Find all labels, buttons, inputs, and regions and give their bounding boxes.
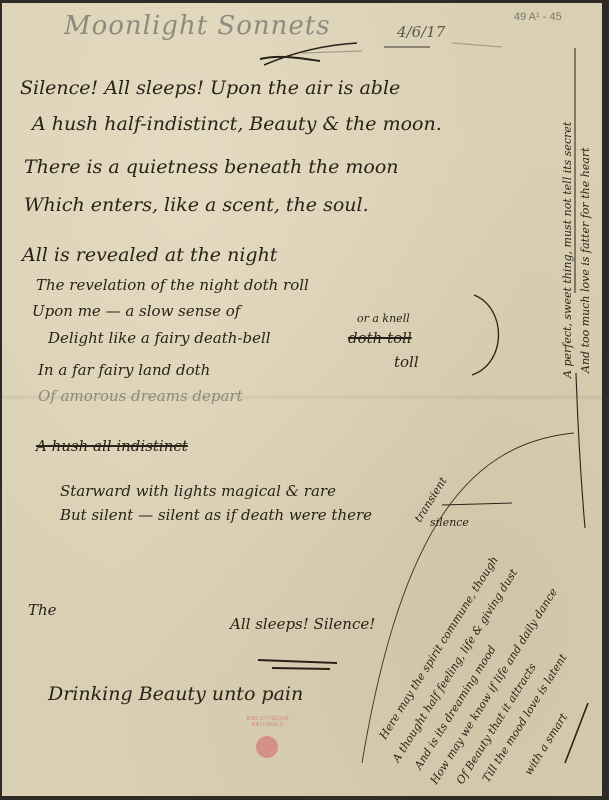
pen-strokes: [2, 3, 602, 796]
stamp-text: BIBLIOTHÈQUE NATIONALE: [240, 716, 296, 728]
manuscript-page: Moonlight Sonnets 4/6/17 49 A¹ - 45 Sile…: [2, 3, 602, 796]
scan-frame: Moonlight Sonnets 4/6/17 49 A¹ - 45 Sile…: [0, 0, 609, 800]
library-stamp: BIBLIOTHÈQUE NATIONALE: [240, 716, 296, 766]
stamp-seal-icon: [256, 736, 278, 758]
